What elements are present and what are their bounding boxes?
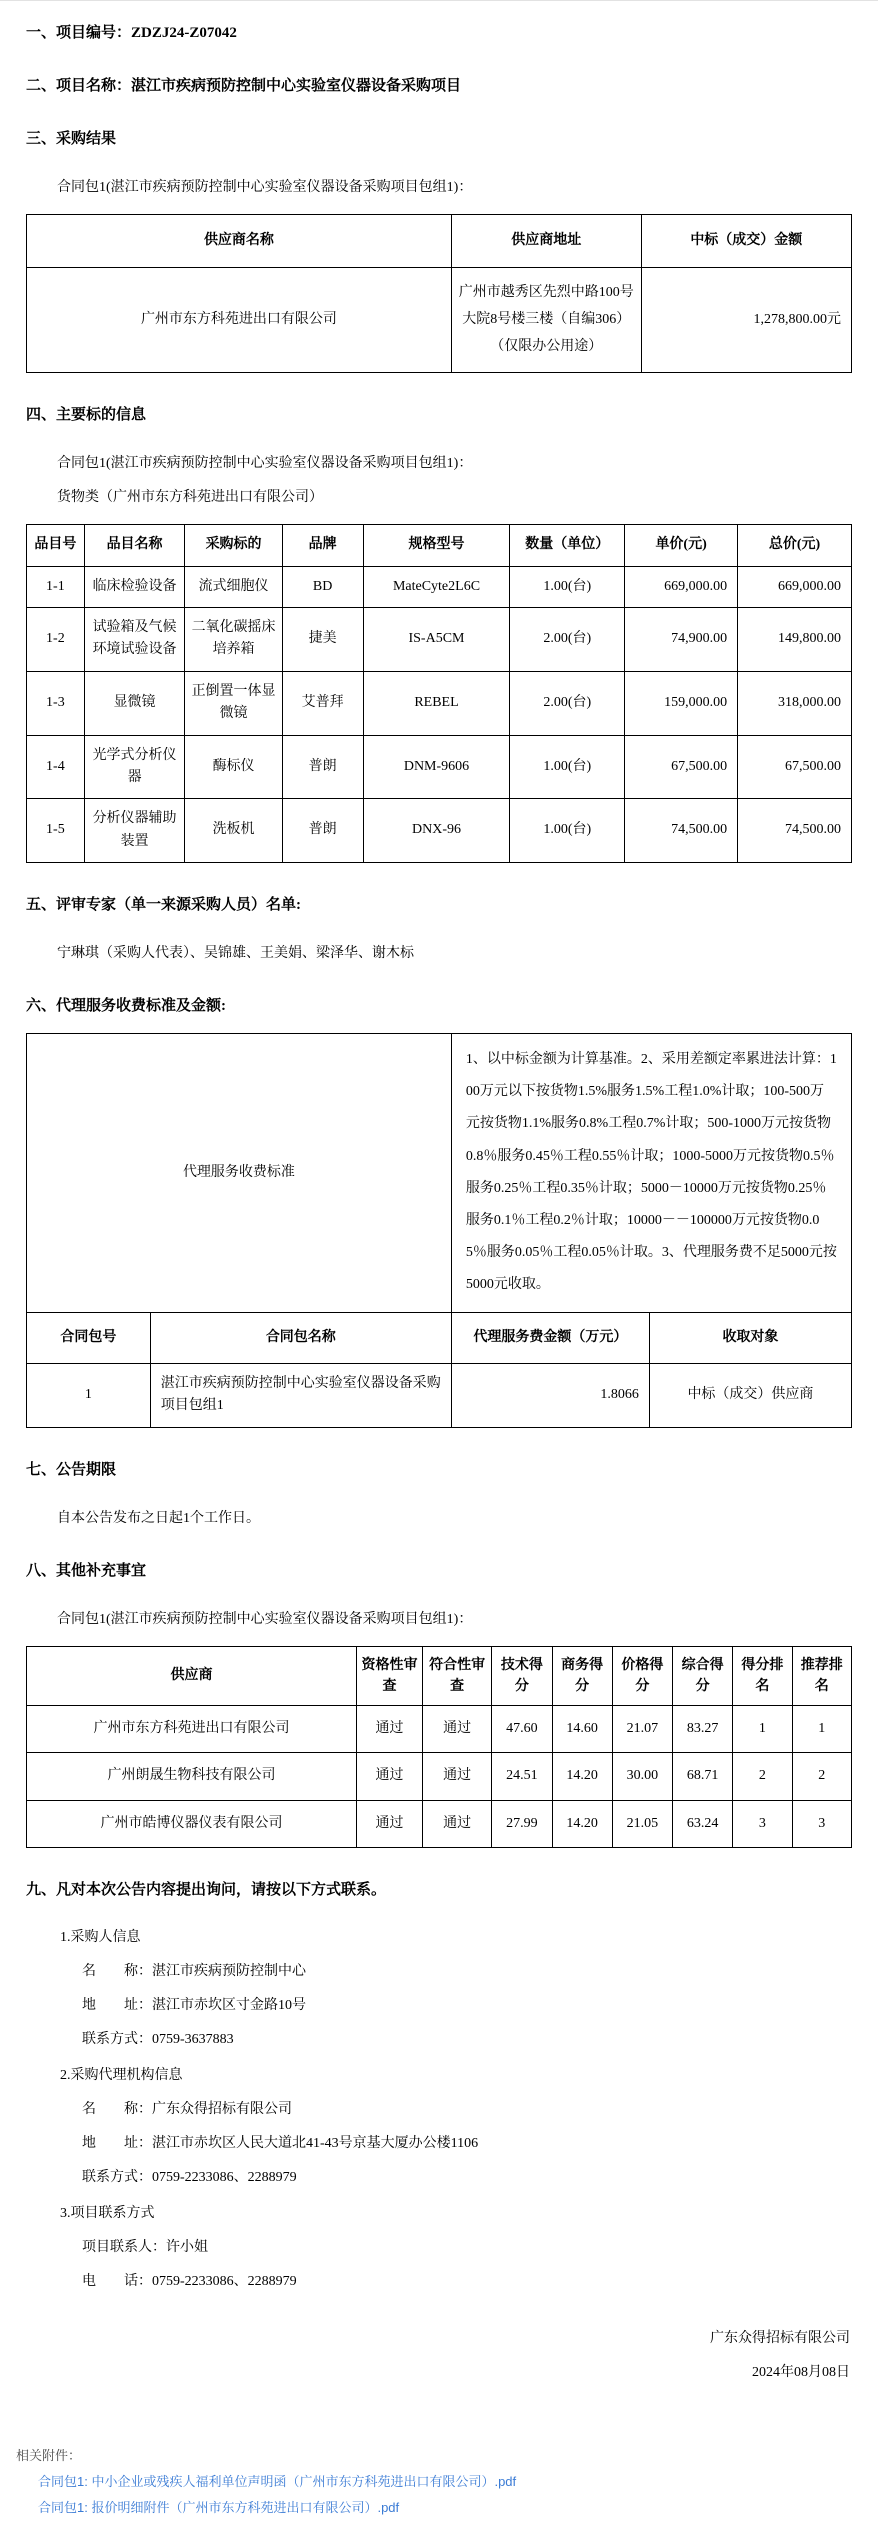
table-cell: 正倒置一体显微镜	[185, 671, 282, 735]
table-cell: 1.00(台)	[510, 735, 625, 799]
table-cell: 流式细胞仪	[185, 566, 282, 607]
column-header: 规格型号	[363, 525, 510, 566]
table-cell: 149,800.00	[738, 607, 852, 671]
agency-info-title: 2.采购代理机构信息	[60, 2065, 852, 2086]
table-cell: DNM-9606	[363, 735, 510, 799]
table-cell: 捷美	[282, 607, 363, 671]
package-name-cell: 湛江市疾病预防控制中心实验室仪器设备采购项目包组1	[150, 1363, 451, 1427]
table-row: 1-3显微镜正倒置一体显微镜艾普拜REBEL2.00(台)159,000.003…	[27, 671, 852, 735]
agency-tel-value: 0759-2233086、2288979	[152, 2170, 297, 2185]
table-cell: 艾普拜	[282, 671, 363, 735]
table-cell: 1.00(台)	[510, 566, 625, 607]
project-name-label: 二、项目名称：	[26, 78, 131, 94]
agency-address-value: 湛江市赤坎区人民大道北41-43号京基大厦办公楼1106	[152, 2136, 478, 2151]
column-header: 符合性审查	[423, 1646, 492, 1705]
project-contact-tel-label: 电 话：	[82, 2274, 152, 2289]
column-header: 合同包号	[27, 1312, 151, 1363]
table-cell: 试验箱及气候环境试验设备	[84, 607, 185, 671]
agency-fee-table: 代理服务收费标准 1、以中标金额为计算基准。2、采用差额定率累进法计算：100万…	[26, 1033, 852, 1428]
table-cell: 2.00(台)	[510, 671, 625, 735]
agency-name-label: 名 称：	[82, 2102, 152, 2117]
project-number-label: 一、项目编号：	[26, 25, 131, 41]
column-header: 推荐排名	[792, 1646, 851, 1705]
subject-items-table: 品目号品目名称采购标的品牌规格型号数量（单位）单价(元)总价(元) 1-1临床检…	[26, 524, 852, 863]
table-cell: 47.60	[492, 1705, 552, 1752]
table-row: 1-5分析仪器辅助装置洗板机普朗DNX-961.00(台)74,500.0074…	[27, 799, 852, 863]
project-number-value: ZDZJ24-Z07042	[131, 25, 237, 41]
attachments-label: 相关附件：	[16, 2443, 878, 2469]
column-header: 数量（单位）	[510, 525, 625, 566]
purchaser-name-label: 名 称：	[82, 1964, 152, 1979]
table-cell: 1	[733, 1705, 792, 1752]
column-header: 商务得分	[552, 1646, 612, 1705]
table-cell: 669,000.00	[625, 566, 738, 607]
table-cell: 63.24	[672, 1800, 732, 1847]
table-cell: 318,000.00	[738, 671, 852, 735]
table-header-row: 品目号品目名称采购标的品牌规格型号数量（单位）单价(元)总价(元)	[27, 525, 852, 566]
table-cell: 1-5	[27, 799, 85, 863]
project-contact-person-value: 许小姐	[166, 2240, 208, 2255]
section-experts-heading: 五、评审专家（单一来源采购人员）名单:	[26, 895, 852, 916]
signature-date: 2024年08月08日	[26, 2356, 850, 2390]
table-cell: 14.20	[552, 1753, 612, 1800]
table-cell: BD	[282, 566, 363, 607]
column-header: 合同包名称	[150, 1312, 451, 1363]
supplier-address-cell: 广州市越秀区先烈中路100号大院8号楼三楼（自编306）（仅限办公用途）	[451, 268, 641, 373]
table-cell: 2.00(台)	[510, 607, 625, 671]
table-cell: 二氧化碳摇床培养箱	[185, 607, 282, 671]
column-header: 供应商名称	[27, 215, 452, 268]
subject-items-rows: 1-1临床检验设备流式细胞仪BDMateCyte2L6C1.00(台)669,0…	[27, 566, 852, 863]
table-header-row: 供应商资格性审查符合性审查技术得分商务得分价格得分综合得分得分排名推荐排名	[27, 1646, 852, 1705]
notice-period-text: 自本公告发布之日起1个工作日。	[57, 1508, 852, 1529]
goods-category-line: 货物类（广州市东方科苑进出口有限公司）	[57, 487, 852, 508]
agency-tel-label: 联系方式：	[82, 2170, 152, 2185]
evaluation-rows: 广州市东方科苑进出口有限公司通过通过47.6014.6021.0783.2711…	[27, 1705, 852, 1847]
supplier-name-cell: 广州市东方科苑进出口有限公司	[27, 268, 452, 373]
table-cell: 酶标仪	[185, 735, 282, 799]
column-header: 代理服务费金额（万元）	[451, 1312, 649, 1363]
purchaser-address-value: 湛江市赤坎区寸金路10号	[152, 1998, 306, 2013]
result-table: 供应商名称供应商地址中标（成交）金额 广州市东方科苑进出口有限公司 广州市越秀区…	[26, 214, 852, 373]
section-procurement-result-heading: 三、采购结果	[26, 129, 852, 150]
table-cell: 1-1	[27, 566, 85, 607]
column-header: 品牌	[282, 525, 363, 566]
table-cell: 广州市皓博仪器仪表有限公司	[27, 1800, 357, 1847]
fee-payer-cell: 中标（成交）供应商	[649, 1363, 851, 1427]
table-row: 1 湛江市疾病预防控制中心实验室仪器设备采购项目包组1 1.8066 中标（成交…	[27, 1363, 852, 1427]
package-line-result: 合同包1(湛江市疾病预防控制中心实验室仪器设备采购项目包组1)：	[57, 177, 852, 198]
package-line-other: 合同包1(湛江市疾病预防控制中心实验室仪器设备采购项目包组1)：	[57, 1609, 852, 1630]
purchaser-name-line: 名 称：湛江市疾病预防控制中心	[82, 1961, 852, 1982]
award-amount-cell: 1,278,800.00元	[641, 268, 851, 373]
section-other-matters-heading: 八、其他补充事宜	[26, 1561, 852, 1582]
table-cell: MateCyte2L6C	[363, 566, 510, 607]
table-row: 1-2试验箱及气候环境试验设备二氧化碳摇床培养箱捷美IS-A5CM2.00(台)…	[27, 607, 852, 671]
agency-name-line: 名 称：广东众得招标有限公司	[82, 2099, 852, 2120]
table-cell: REBEL	[363, 671, 510, 735]
purchaser-address-line: 地 址：湛江市赤坎区寸金路10号	[82, 1995, 852, 2016]
section-notice-period-heading: 七、公告期限	[26, 1460, 852, 1481]
agency-address-label: 地 址：	[82, 2136, 152, 2151]
column-header: 品目名称	[84, 525, 185, 566]
project-contact-person-line: 项目联系人：许小姐	[82, 2237, 852, 2258]
table-cell: 27.99	[492, 1800, 552, 1847]
column-header: 供应商地址	[451, 215, 641, 268]
table-row: 广州朗晟生物科技有限公司通过通过24.5114.2030.0068.7122	[27, 1753, 852, 1800]
table-cell: 普朗	[282, 735, 363, 799]
table-cell: 广州市东方科苑进出口有限公司	[27, 1705, 357, 1752]
column-header: 单价(元)	[625, 525, 738, 566]
table-row: 广州市东方科苑进出口有限公司 广州市越秀区先烈中路100号大院8号楼三楼（自编3…	[27, 268, 852, 373]
table-cell: 通过	[423, 1705, 492, 1752]
column-header: 技术得分	[492, 1646, 552, 1705]
column-header: 采购标的	[185, 525, 282, 566]
section-project-number: 一、项目编号：ZDZJ24-Z07042	[26, 23, 852, 44]
fee-amount-cell: 1.8066	[451, 1363, 649, 1427]
attachment-link-declaration-pdf[interactable]: 合同包1: 中小企业或残疾人福利单位声明函（广州市东方科苑进出口有限公司）.pd…	[38, 2469, 878, 2495]
table-cell: 67,500.00	[625, 735, 738, 799]
column-header: 得分排名	[733, 1646, 792, 1705]
package-number-cell: 1	[27, 1363, 151, 1427]
table-cell: 通过	[357, 1753, 423, 1800]
table-header-row: 合同包号合同包名称代理服务费金额（万元）收取对象	[27, 1312, 852, 1363]
table-cell: IS-A5CM	[363, 607, 510, 671]
section-project-name: 二、项目名称：湛江市疾病预防控制中心实验室仪器设备采购项目	[26, 76, 852, 97]
table-cell: 14.20	[552, 1800, 612, 1847]
table-cell: 159,000.00	[625, 671, 738, 735]
table-cell: 74,500.00	[625, 799, 738, 863]
signature-company: 广东众得招标有限公司	[26, 2322, 850, 2356]
table-cell: 21.07	[612, 1705, 672, 1752]
table-cell: 2	[733, 1753, 792, 1800]
package-line-subject: 合同包1(湛江市疾病预防控制中心实验室仪器设备采购项目包组1)：	[57, 453, 852, 474]
table-cell: 14.60	[552, 1705, 612, 1752]
table-row: 1-4光学式分析仪器酶标仪普朗DNM-96061.00(台)67,500.006…	[27, 735, 852, 799]
column-header: 供应商	[27, 1646, 357, 1705]
agency-name-value: 广东众得招标有限公司	[152, 2102, 292, 2117]
table-cell: 669,000.00	[738, 566, 852, 607]
table-cell: 3	[792, 1800, 851, 1847]
table-cell: 1	[792, 1705, 851, 1752]
table-cell: 1.00(台)	[510, 799, 625, 863]
table-cell: 1-2	[27, 607, 85, 671]
table-cell: 1-4	[27, 735, 85, 799]
project-contact-tel-value: 0759-2233086、2288979	[152, 2274, 297, 2289]
section-agency-fee-heading: 六、代理服务收费标准及金额:	[26, 996, 852, 1017]
column-header: 品目号	[27, 525, 85, 566]
purchaser-address-label: 地 址：	[82, 1998, 152, 2013]
table-cell: 83.27	[672, 1705, 732, 1752]
table-header-row: 供应商名称供应商地址中标（成交）金额	[27, 215, 852, 268]
table-cell: 普朗	[282, 799, 363, 863]
purchaser-info-title: 1.采购人信息	[60, 1927, 852, 1948]
project-name-value: 湛江市疾病预防控制中心实验室仪器设备采购项目	[131, 78, 461, 94]
table-row: 广州市东方科苑进出口有限公司通过通过47.6014.6021.0783.2711	[27, 1705, 852, 1752]
purchaser-tel-label: 联系方式：	[82, 2032, 152, 2047]
purchaser-name-value: 湛江市疾病预防控制中心	[152, 1964, 306, 1979]
project-contact-person-label: 项目联系人：	[82, 2240, 166, 2255]
related-attachments-section: 相关附件： 合同包1: 中小企业或残疾人福利单位声明函（广州市东方科苑进出口有限…	[0, 2437, 878, 2535]
section-contact-heading: 九、凡对本次公告内容提出询问，请按以下方式联系。	[26, 1880, 852, 1901]
column-header: 综合得分	[672, 1646, 732, 1705]
project-contact-title: 3.项目联系方式	[60, 2203, 852, 2224]
supplier-evaluation-table: 供应商资格性审查符合性审查技术得分商务得分价格得分综合得分得分排名推荐排名 广州…	[26, 1646, 852, 1848]
purchaser-tel-value: 0759-3637883	[152, 2032, 234, 2047]
column-header: 价格得分	[612, 1646, 672, 1705]
table-cell: 1-3	[27, 671, 85, 735]
purchaser-tel-line: 联系方式：0759-3637883	[82, 2029, 852, 2050]
table-cell: 分析仪器辅助装置	[84, 799, 185, 863]
announcement-document: 一、项目编号：ZDZJ24-Z07042 二、项目名称：湛江市疾病预防控制中心实…	[0, 1, 878, 2389]
column-header: 收取对象	[649, 1312, 851, 1363]
table-cell: 74,500.00	[738, 799, 852, 863]
expert-names: 宁琳琪（采购人代表）、吴锦雄、王美娟、梁泽华、谢木标	[57, 943, 852, 964]
table-cell: 临床检验设备	[84, 566, 185, 607]
table-cell: 3	[733, 1800, 792, 1847]
table-cell: DNX-96	[363, 799, 510, 863]
table-row: 1-1临床检验设备流式细胞仪BDMateCyte2L6C1.00(台)669,0…	[27, 566, 852, 607]
table-cell: 67,500.00	[738, 735, 852, 799]
agency-tel-line: 联系方式：0759-2233086、2288979	[82, 2167, 852, 2188]
project-contact-tel-line: 电 话：0759-2233086、2288979	[82, 2271, 852, 2292]
column-header: 总价(元)	[738, 525, 852, 566]
column-header: 中标（成交）金额	[641, 215, 851, 268]
table-cell: 通过	[357, 1800, 423, 1847]
table-cell: 24.51	[492, 1753, 552, 1800]
column-header: 资格性审查	[357, 1646, 423, 1705]
table-cell: 通过	[423, 1800, 492, 1847]
table-cell: 68.71	[672, 1753, 732, 1800]
table-cell: 光学式分析仪器	[84, 735, 185, 799]
table-cell: 广州朗晟生物科技有限公司	[27, 1753, 357, 1800]
signature-block: 广东众得招标有限公司 2024年08月08日	[26, 2322, 852, 2389]
fee-standard-text-cell: 1、以中标金额为计算基准。2、采用差额定率累进法计算：100万元以下按货物1.5…	[451, 1034, 851, 1313]
table-cell: 洗板机	[185, 799, 282, 863]
section-subject-info-heading: 四、主要标的信息	[26, 405, 852, 426]
table-cell: 通过	[357, 1705, 423, 1752]
table-cell: 显微镜	[84, 671, 185, 735]
fee-standard-row: 代理服务收费标准 1、以中标金额为计算基准。2、采用差额定率累进法计算：100万…	[27, 1034, 852, 1313]
fee-standard-label-cell: 代理服务收费标准	[27, 1034, 452, 1313]
table-cell: 30.00	[612, 1753, 672, 1800]
attachment-link-quotation-pdf[interactable]: 合同包1: 报价明细附件（广州市东方科苑进出口有限公司）.pdf	[38, 2495, 878, 2521]
table-cell: 2	[792, 1753, 851, 1800]
table-cell: 通过	[423, 1753, 492, 1800]
table-row: 广州市皓博仪器仪表有限公司通过通过27.9914.2021.0563.2433	[27, 1800, 852, 1847]
table-cell: 21.05	[612, 1800, 672, 1847]
table-cell: 74,900.00	[625, 607, 738, 671]
agency-address-line: 地 址：湛江市赤坎区人民大道北41-43号京基大厦办公楼1106	[82, 2133, 852, 2154]
